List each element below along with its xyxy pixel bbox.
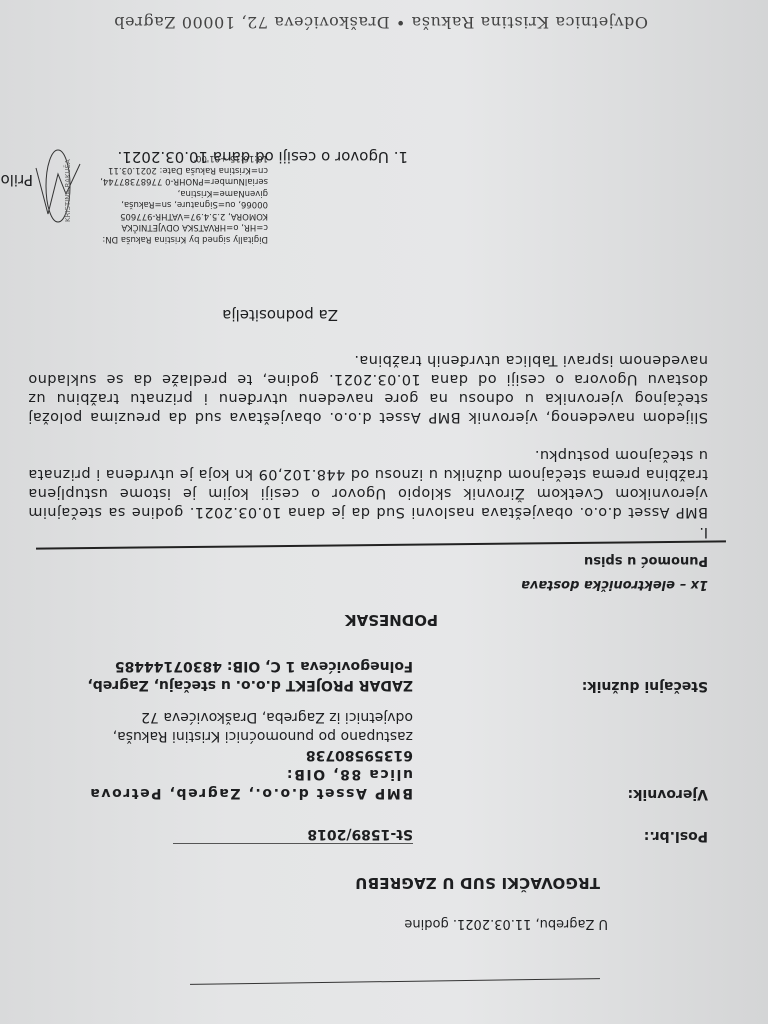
creditor-line-1: BMP Asset d.o.o., Zagreb, Petrova ulica … — [68, 764, 413, 802]
creditor-label: Vjerovnik: — [628, 786, 708, 802]
section-rule — [36, 540, 726, 549]
attachments-label: Prilog: — [0, 171, 33, 189]
place-date: U Zagrebu, 11.03.2021. godine — [404, 916, 608, 931]
case-number-label: Posl.br.: — [644, 828, 708, 844]
signature-stamp-icon: KRISTINA RAKUŠA — [24, 138, 88, 234]
svg-text:KRISTINA RAKUŠA: KRISTINA RAKUŠA — [63, 159, 72, 222]
document-photo: U Zagrebu, 11.03.2021. godine TRGOVAČKI … — [0, 0, 768, 1024]
creditor-line-3: zastupano po punomoćnici Kristini Rakuša… — [68, 726, 413, 745]
signer-line: Za podnositelja — [222, 306, 338, 324]
creditor-line-4: odvjetnici iz Zagreba, Draškovićeva 72 — [68, 707, 413, 726]
document-title: PODNESAK — [345, 611, 438, 629]
delivery-note: 1x – elektronička dostava — [521, 577, 708, 592]
power-of-attorney-note: Punomoć u spisu — [584, 553, 708, 568]
paragraph-1: BMP Asset d.o.o. obavještava naslovni Su… — [28, 445, 708, 521]
court-name: TRGOVAČKI SUD U ZAGREBU — [355, 874, 600, 892]
debtor-details: ZADAR PROJEKT d.o.o. u stečaju, Zagreb, … — [68, 656, 413, 694]
case-number: St-1589/2018 — [173, 824, 413, 844]
debtor-label: Stečajni dužnik: — [582, 678, 708, 694]
letterhead-footer: Odvjetnica Kristina Rakuša • Draškovićev… — [114, 13, 648, 32]
paragraph-2: Slijedom navedenog, vjerovnik BMP Asset … — [28, 350, 708, 426]
section-number: I. — [699, 524, 708, 540]
creditor-oib: 61359580738 — [68, 745, 413, 764]
header-rule — [190, 978, 600, 985]
creditor-details: BMP Asset d.o.o., Zagreb, Petrova ulica … — [68, 707, 413, 802]
document-page: U Zagrebu, 11.03.2021. godine TRGOVAČKI … — [0, 0, 768, 1024]
attachment-item-1: 1. Ugovor o cesiji od dana 10.03.2021. — [117, 148, 408, 166]
